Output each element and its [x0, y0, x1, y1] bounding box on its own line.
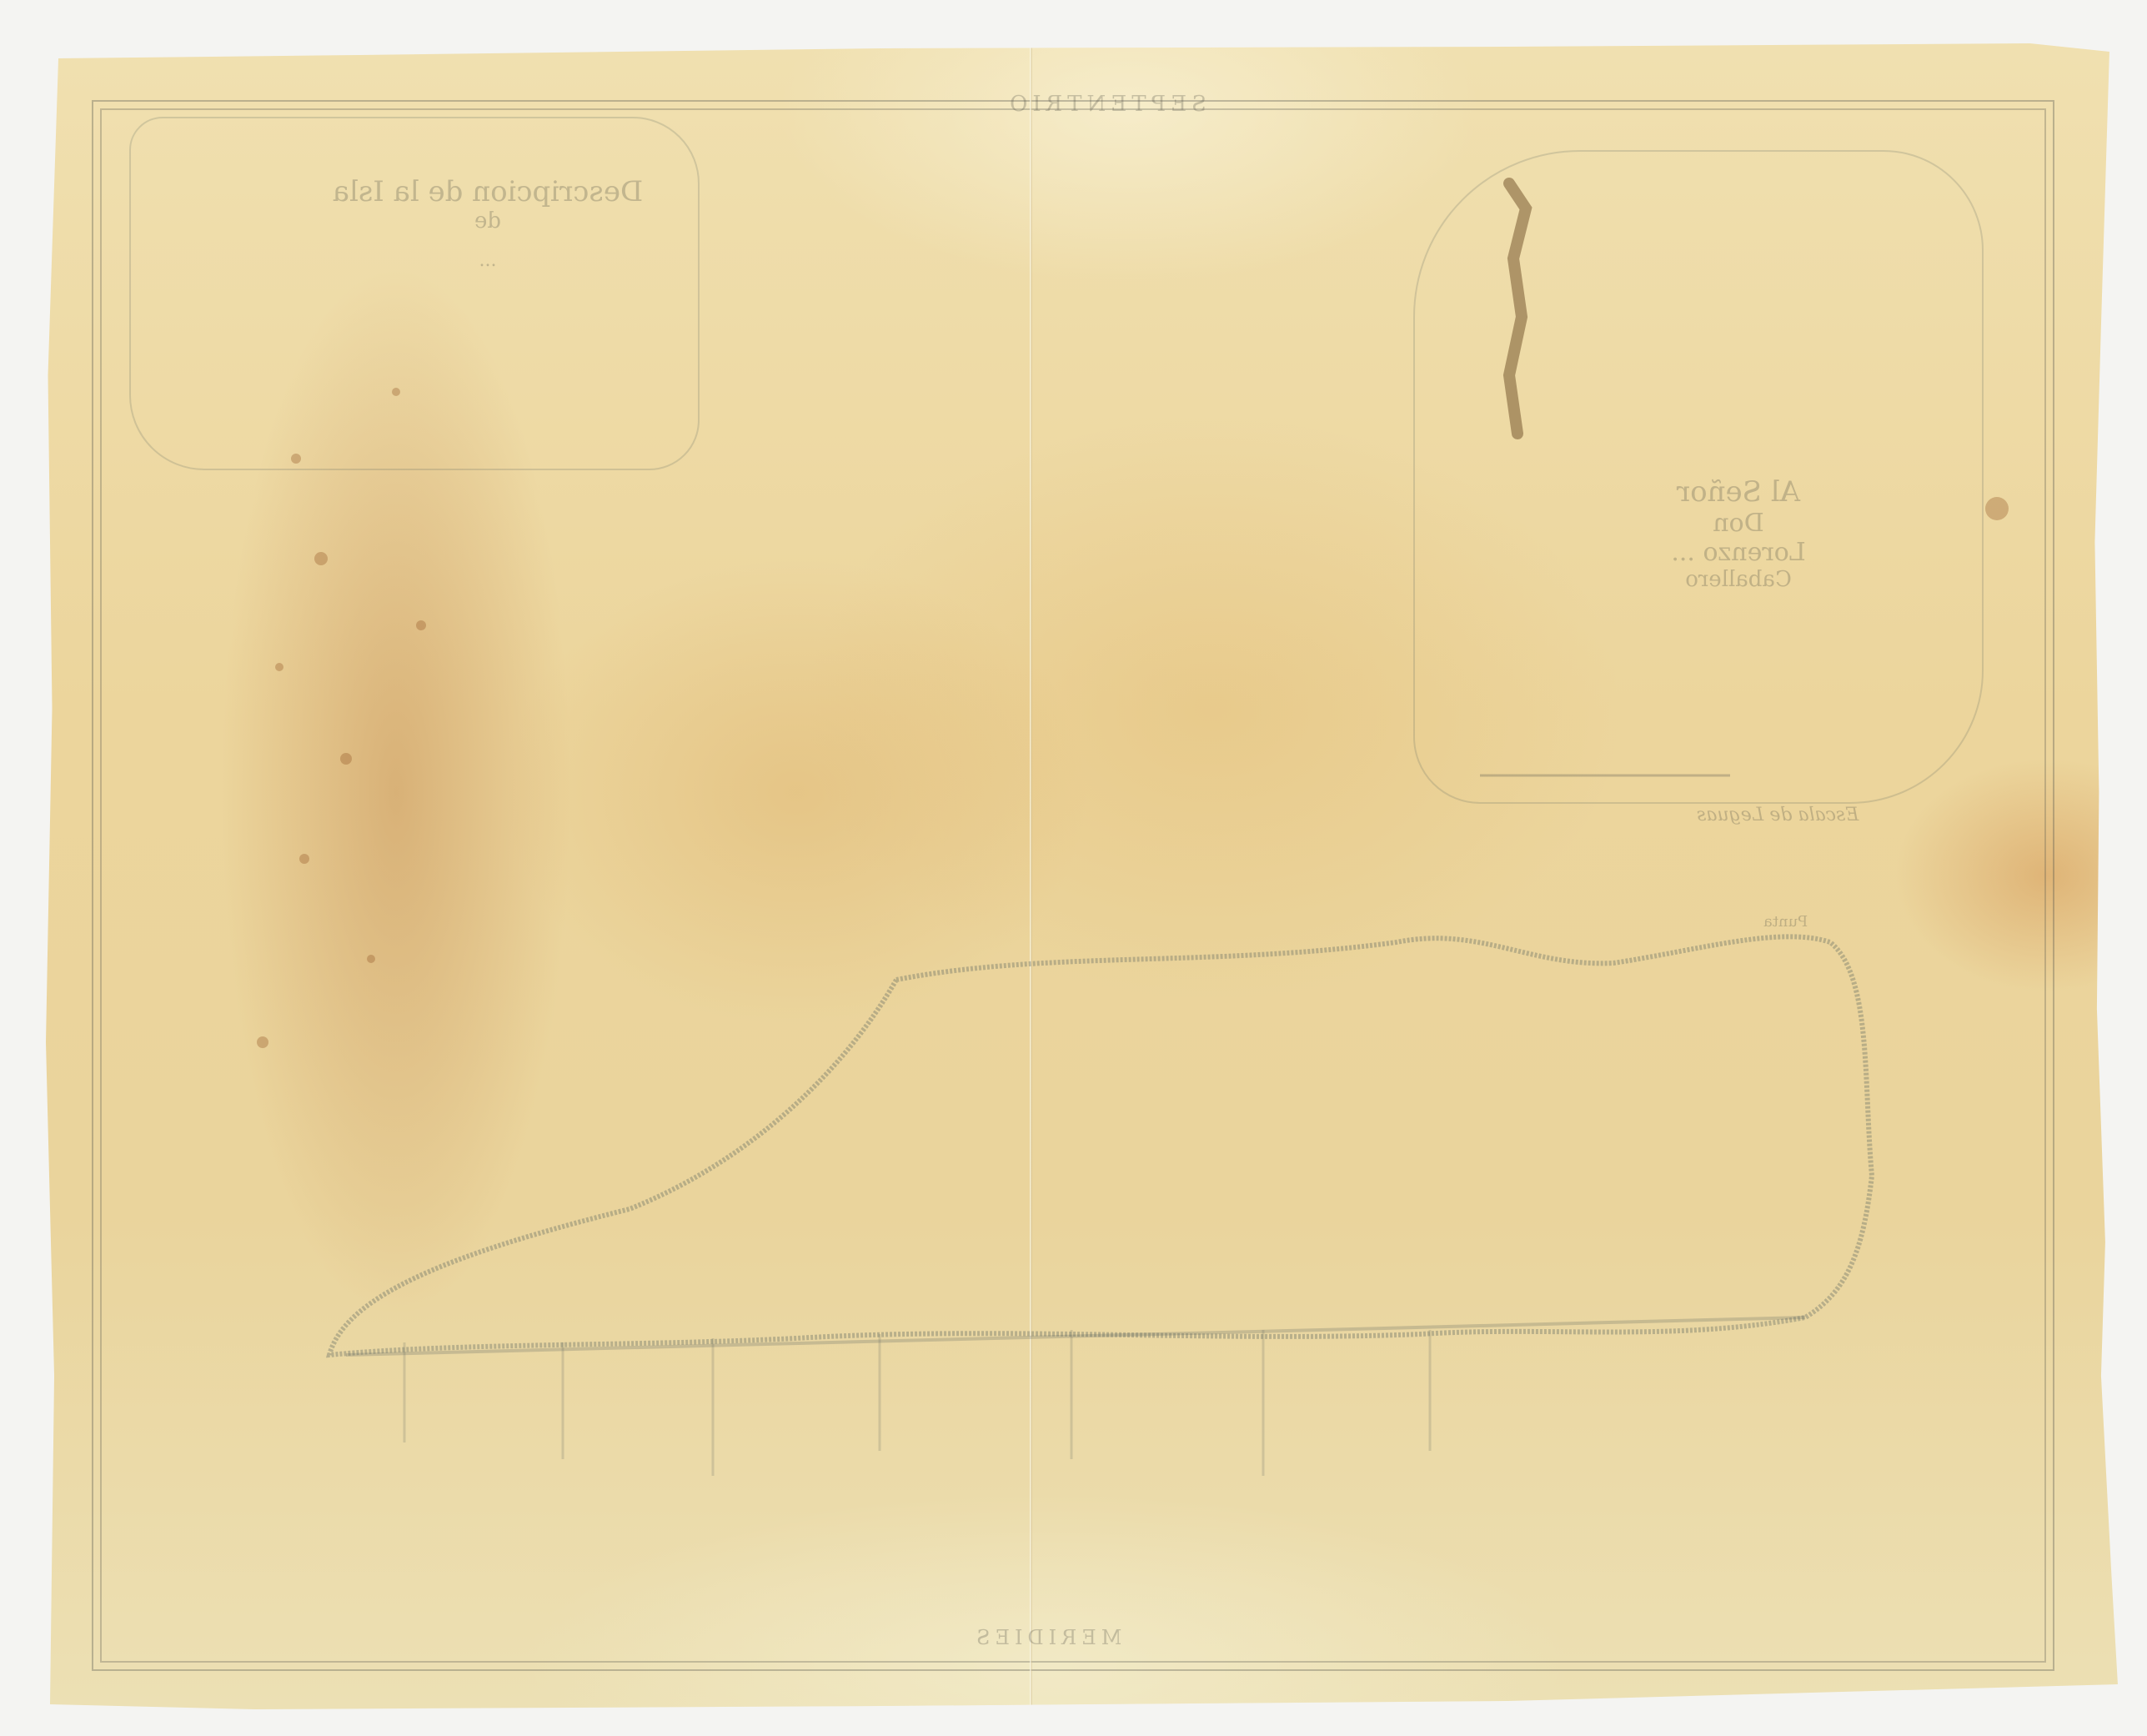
parchment-sheet: SEPTENTRIO MERIDIES Descripcion de la Is…	[46, 42, 2134, 1709]
island-outline	[46, 42, 2134, 1709]
